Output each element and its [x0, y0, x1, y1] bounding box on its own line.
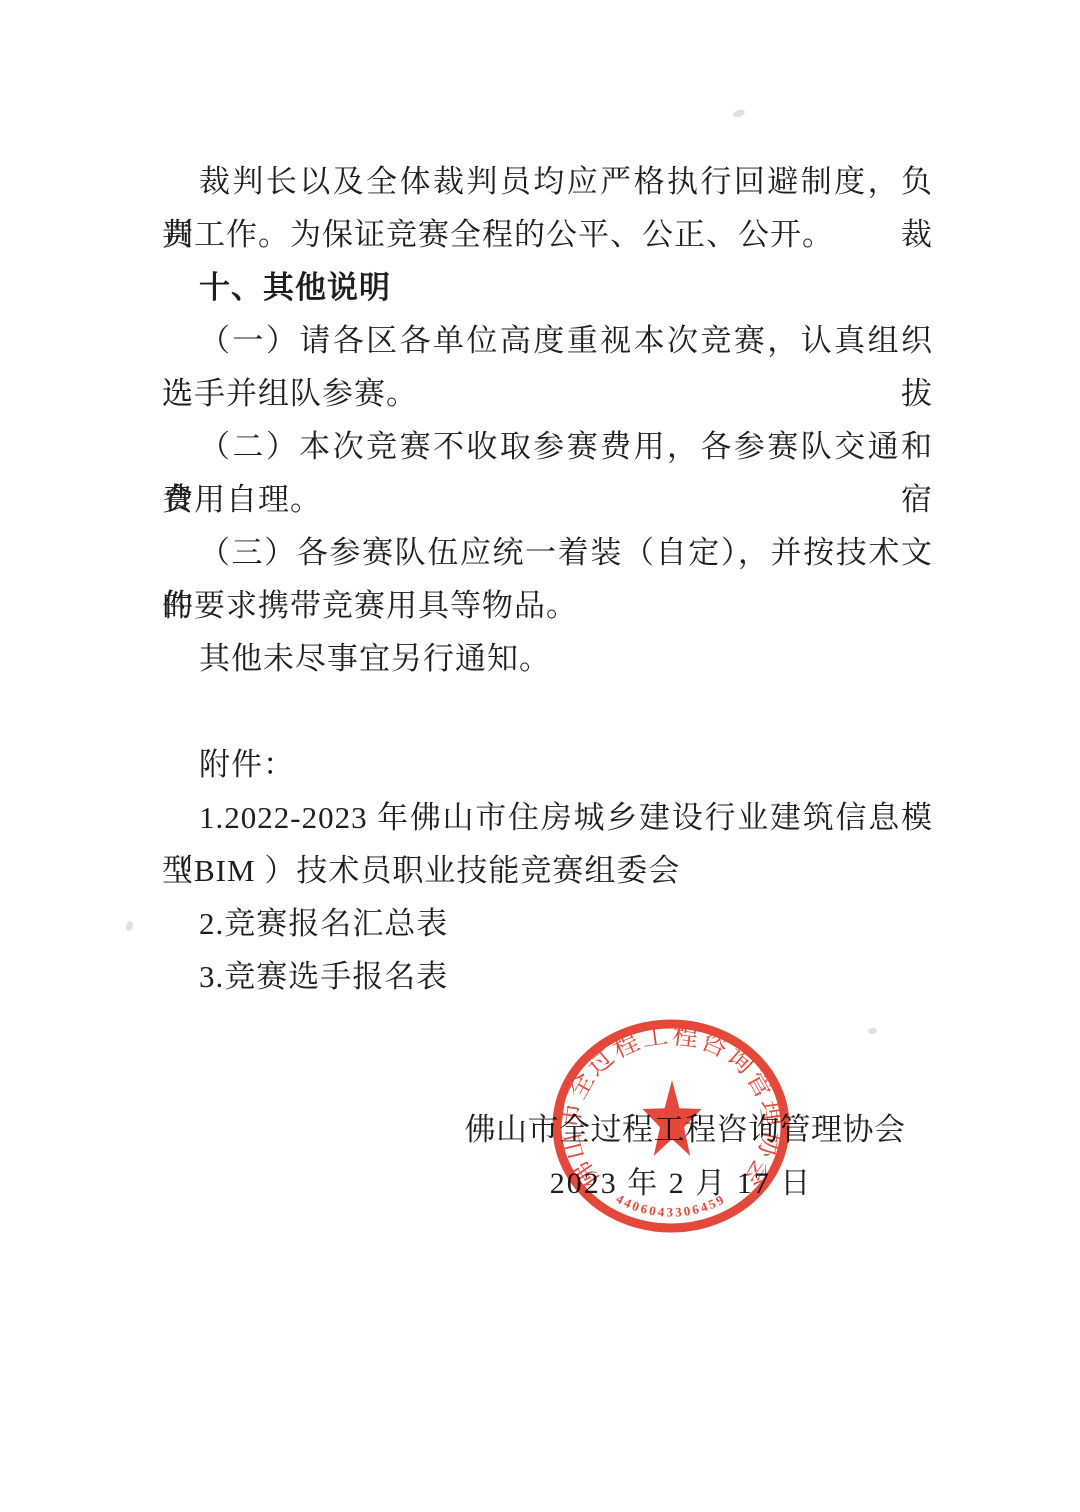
scan-artifact [732, 108, 746, 119]
document-line: （三）各参赛队伍应统一着装（自定），并按技术文件 [162, 526, 933, 579]
document-line: （一）请各区各单位高度重视本次竞赛，认真组织选拔 [162, 314, 933, 367]
signature-date: 2023 年 2 月 17 日 [550, 1158, 813, 1202]
scan-artifact [125, 920, 134, 931]
blank-line [162, 685, 933, 738]
document-line: 的要求携带竞赛用具等物品。 [162, 579, 933, 632]
document-line: （BIM ）技术员职业技能竞赛组委会 [162, 844, 933, 897]
document-line: 判工作。为保证竞赛全程的公平、公正、公开。 [162, 208, 933, 261]
document-line: 其他未尽事宜另行通知。 [162, 632, 933, 685]
document-line: 附件： [162, 738, 933, 791]
document-line: 1.2022-2023 年佛山市住房城乡建设行业建筑信息模型 [162, 791, 933, 844]
document-page: 裁判长以及全体裁判员均应严格执行回避制度，负责裁判工作。为保证竞赛全程的公平、公… [0, 0, 1080, 1512]
document-line: 十、其他说明 [162, 261, 933, 314]
document-line: （二）本次竞赛不收取参赛费用，各参赛队交通和食宿 [162, 420, 933, 473]
document-body: 裁判长以及全体裁判员均应严格执行回避制度，负责裁判工作。为保证竞赛全程的公平、公… [162, 155, 933, 1003]
scan-artifact [868, 1027, 878, 1034]
document-line: 2.竞赛报名汇总表 [162, 897, 933, 950]
document-line: 3.竞赛选手报名表 [162, 950, 933, 1003]
signature-organization: 佛山市全过程工程咨询管理协会 [465, 1104, 906, 1149]
document-line: 裁判长以及全体裁判员均应严格执行回避制度，负责裁 [162, 155, 933, 208]
